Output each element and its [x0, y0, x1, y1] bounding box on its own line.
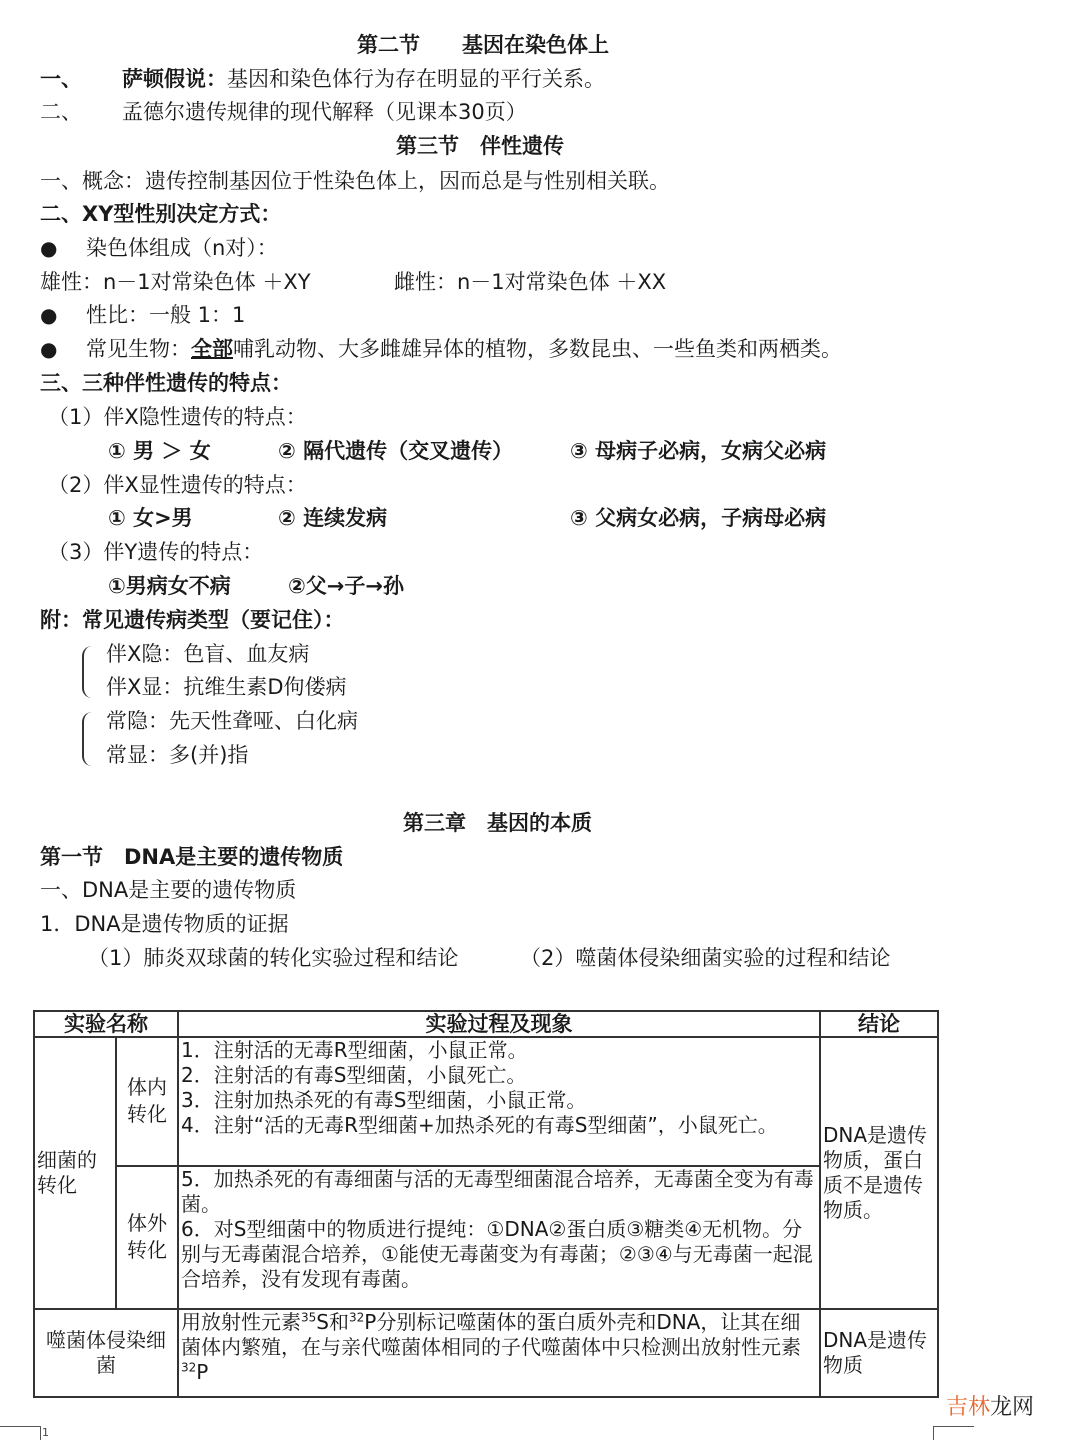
- section-title: 第一节 DNA是主要的遗传物质: [40, 842, 343, 872]
- table-header-row: 实验名称 实验过程及现象 结论: [34, 1011, 938, 1037]
- in-vitro-process: 5．加热杀死的有毒细菌与活的无毒型细菌混合培养，无毒菌全变为有毒菌。 6．对S型…: [178, 1166, 820, 1309]
- conclusion-cell: DNA是遗传物质，蛋白质不是遗传物质。: [820, 1037, 938, 1309]
- process-line: 3．注射加热杀死的有毒S型细菌，小鼠正常。: [181, 1088, 817, 1113]
- disease-item: 伴X隐：色盲、血友病: [106, 639, 309, 669]
- process-text: 用放射性元素: [181, 1310, 301, 1334]
- process-line: 6．对S型细菌中的物质进行提纯：①DNA②蛋白质③糖类④无机物。分别与无毒菌混合…: [181, 1217, 817, 1292]
- feature-point: ①男病女不病: [108, 571, 231, 601]
- item-number: 一、: [40, 64, 122, 94]
- header-process: 实验过程及现象: [178, 1011, 820, 1037]
- item-label: 萨顿假说：: [122, 67, 227, 91]
- experiment-name-cell: 噬菌体侵染细菌: [34, 1309, 178, 1397]
- item-text: 基因和染色体行为存在明显的平行关系。: [227, 67, 605, 91]
- process-line: 5．加热杀死的有毒细菌与活的无毒型细菌混合培养，无毒菌全变为有毒菌。: [181, 1167, 817, 1217]
- page-number: 1: [42, 1426, 49, 1439]
- header-conclusion: 结论: [820, 1011, 938, 1037]
- experiment-table: 实验名称 实验过程及现象 结论 细菌的转化 体内转化 1．注射活的无毒R型细菌，…: [33, 1010, 939, 1398]
- table-row: 细菌的转化 体内转化 1．注射活的无毒R型细菌，小鼠正常。 2．注射活的有毒S型…: [34, 1037, 938, 1166]
- bullet-icon: ●: [40, 334, 86, 364]
- watermark-text: 吉林: [946, 1395, 990, 1420]
- feature-point: ② 隔代遗传（交叉遗传）: [278, 436, 513, 466]
- feature-heading: （3）伴Y遗传的特点：: [48, 537, 263, 567]
- subheading: 1．DNA是遗传物质的证据: [40, 909, 289, 939]
- page-corner-mark: [933, 1426, 974, 1440]
- bullet-item: ●染色体组成（n对）：: [40, 233, 278, 263]
- section-title: 第三节 伴性遗传: [396, 131, 564, 161]
- watermark-text: 龙网: [990, 1395, 1034, 1420]
- feature-heading: （2）伴X显性遗传的特点：: [48, 470, 307, 500]
- brace-icon: [82, 646, 98, 698]
- bullet-item: ●性比：一般 1：1: [40, 300, 245, 330]
- bullet-icon: ●: [40, 233, 86, 263]
- feature-point: ① 男 ＞ 女: [108, 436, 211, 466]
- process-line: 4．注射“活的无毒R型细菌+加热杀死的有毒S型细菌”，小鼠死亡。: [181, 1113, 817, 1138]
- process-text: S和: [316, 1310, 349, 1334]
- female-composition: 雌性：n－1对常染色体 ＋XX: [394, 267, 666, 297]
- appendix-heading: 附：常见遗传病类型（要记住）：: [40, 605, 345, 635]
- isotope-superscript: 32: [349, 1310, 364, 1324]
- feature-point: ③ 父病女必病，子病母必病: [570, 503, 826, 533]
- bullet-text: 常见生物：: [86, 337, 191, 361]
- bullet-text: 哺乳动物、大多雌雄异体的植物，多数昆虫、一些鱼类和两栖类。: [233, 337, 842, 361]
- isotope-superscript: 35: [301, 1310, 316, 1324]
- header-experiment-name: 实验名称: [34, 1011, 178, 1037]
- item-number: 二、: [40, 97, 122, 127]
- feature-point: ③ 母病子必病，女病父必病: [570, 436, 826, 466]
- subheading: 二、XY型性别决定方式：: [40, 199, 281, 229]
- experiment-item: （2）噬菌体侵染细菌实验的过程和结论: [520, 943, 890, 973]
- watermark-logo: 吉林龙网: [946, 1390, 1034, 1421]
- bullet-text: 性比：一般 1：1: [86, 303, 245, 327]
- phage-process: 用放射性元素35S和32P分别标记噬菌体的蛋白质外壳和DNA，让其在细菌体内繁殖…: [178, 1309, 820, 1397]
- feature-heading: （1）伴X隐性遗传的特点：: [48, 402, 307, 432]
- experiment-name-cell: 细菌的转化: [34, 1037, 116, 1309]
- experiment-item: （1）肺炎双球菌的转化实验过程和结论: [88, 943, 458, 973]
- in-vitro-label: 体外转化: [116, 1166, 178, 1309]
- conclusion-cell: DNA是遗传物质: [820, 1309, 938, 1397]
- list-item: 二、孟德尔遗传规律的现代解释（见课本30页）: [40, 97, 527, 127]
- process-line: 1．注射活的无毒R型细菌，小鼠正常。: [181, 1038, 817, 1063]
- emphasis-text: 全部: [191, 337, 233, 361]
- male-composition: 雄性：n－1对常染色体 ＋XY: [40, 267, 311, 297]
- table-row: 体外转化 5．加热杀死的有毒细菌与活的无毒型细菌混合培养，无毒菌全变为有毒菌。 …: [34, 1166, 938, 1309]
- feature-point: ② 连续发病: [278, 503, 387, 533]
- table-row: 噬菌体侵染细菌 用放射性元素35S和32P分别标记噬菌体的蛋白质外壳和DNA，让…: [34, 1309, 938, 1397]
- in-vivo-process: 1．注射活的无毒R型细菌，小鼠正常。 2．注射活的有毒S型细菌，小鼠死亡。 3．…: [178, 1037, 820, 1166]
- concept-text: 一、概念：遗传控制基因位于性染色体上，因而总是与性别相关联。: [40, 166, 670, 196]
- section-title: 第二节 基因在染色体上: [357, 30, 609, 60]
- page-corner-mark: [0, 1426, 41, 1440]
- disease-item: 伴X显：抗维生素D佝偻病: [106, 672, 347, 702]
- feature-point: ②父→子→孙: [288, 571, 404, 601]
- bullet-icon: ●: [40, 300, 86, 330]
- bullet-item: ●常见生物：全部哺乳动物、大多雌雄异体的植物，多数昆虫、一些鱼类和两栖类。: [40, 334, 842, 364]
- process-line: 2．注射活的有毒S型细菌，小鼠死亡。: [181, 1063, 817, 1088]
- disease-item: 常隐：先天性聋哑、白化病: [106, 706, 358, 736]
- item-text: 孟德尔遗传规律的现代解释（见课本30页）: [122, 100, 527, 124]
- list-item: 一、萨顿假说：基因和染色体行为存在明显的平行关系。: [40, 64, 605, 94]
- disease-item: 常显：多(并)指: [106, 740, 248, 770]
- feature-point: ① 女>男: [108, 503, 193, 533]
- process-text: P: [196, 1360, 208, 1384]
- brace-icon: [82, 712, 98, 766]
- chapter-title: 第三章 基因的本质: [403, 808, 592, 838]
- subheading: 三、三种伴性遗传的特点：: [40, 368, 292, 398]
- isotope-superscript: 32: [181, 1360, 196, 1374]
- in-vivo-label: 体内转化: [116, 1037, 178, 1166]
- subheading: 一、DNA是主要的遗传物质: [40, 875, 296, 905]
- bullet-text: 染色体组成（n对）：: [86, 236, 278, 260]
